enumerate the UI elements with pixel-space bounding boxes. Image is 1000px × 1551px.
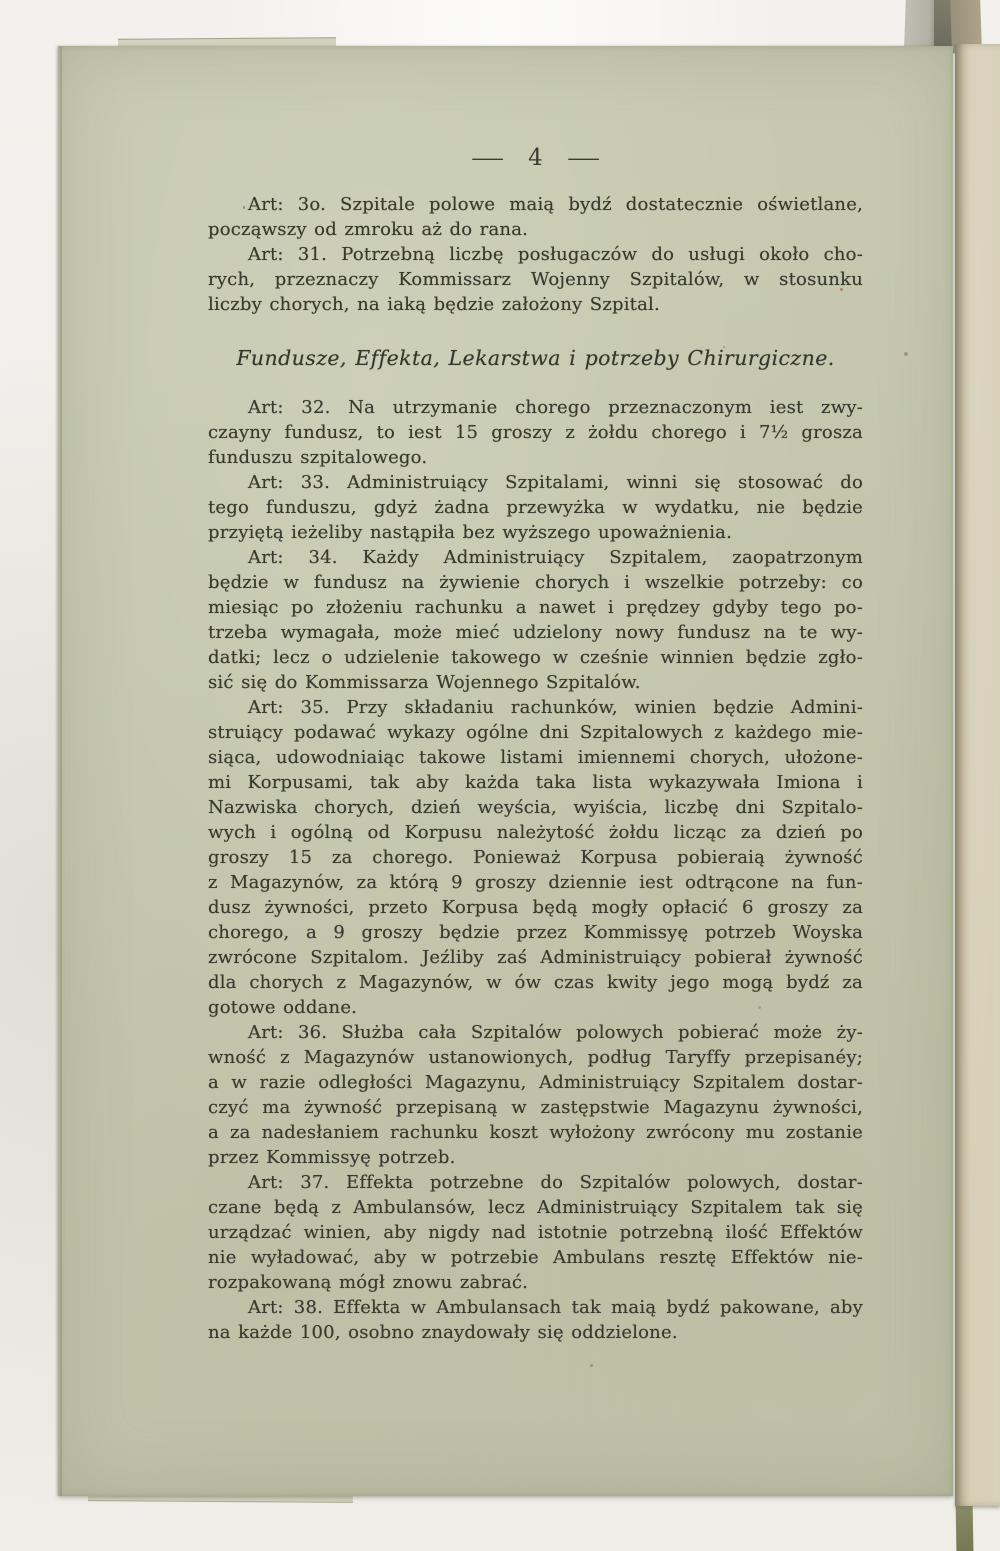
paper-speck	[478, 686, 480, 688]
text-line: Art: 32. Na utrzymanie chorego przeznacz…	[208, 395, 863, 420]
article-33: Art: 33. Administruiący Szpitalami, winn…	[208, 470, 863, 545]
text-line: urządzać winien, aby nigdy nad istotnie …	[208, 1220, 863, 1245]
text-line: czyć ma żywność przepisaną w zastępstwie…	[208, 1095, 863, 1120]
text-line: przez Kommissyę potrzeb.	[208, 1145, 863, 1170]
text-line: groszy 15 za chorego. Ponieważ Korpusa p…	[208, 845, 863, 870]
text-line: chorego, a 9 groszy będzie przez Kommiss…	[208, 920, 863, 945]
section-heading: Fundusze, Effekta, Lekarstwa i potrzeby …	[208, 343, 863, 373]
text-line: struiący podawać wykazy ogólne dni Szpit…	[208, 720, 863, 745]
text-line: siąca, udowodniaiąc takowe listami imien…	[208, 745, 863, 770]
article-32: Art: 32. Na utrzymanie chorego przeznacz…	[208, 395, 863, 470]
paper-speck	[723, 346, 725, 348]
page-number-value: 4	[528, 145, 543, 171]
foxing-spot	[238, 1246, 328, 1306]
text-line: zwrócone Szpitalom. Jeźliby zaś Administ…	[208, 945, 863, 970]
text-line: mi Korpusami, tak aby każda taka lista w…	[208, 770, 863, 795]
text-line: a w razie odległości Magazynu, Administr…	[208, 1070, 863, 1095]
text-line: Nazwiska chorych, dzień weyścia, wyiścia…	[208, 795, 863, 820]
page-number-dash-left: —	[471, 146, 505, 170]
paper-speck	[298, 1136, 300, 1138]
page-number: — 4 —	[208, 145, 863, 171]
paper-speck	[904, 352, 908, 356]
article-34: Art: 34. Każdy Administruiący Szpitalem,…	[208, 545, 863, 695]
text-line: dusz żywności, przeto Korpusa będą mogły…	[208, 895, 863, 920]
text-line: rych, przeznaczy Kommissarz Wojenny Szpi…	[208, 267, 863, 292]
text-line: tego funduszu, gdyż żadna przewyżka w wy…	[208, 495, 863, 520]
text-line: czayny fundusz, to iest 15 groszy z żołd…	[208, 420, 863, 445]
text-line: dla chorych z Magazynów, w ów czas kwity…	[208, 970, 863, 995]
text-line: Art: 37. Effekta potrzebne do Szpitalów …	[208, 1170, 863, 1195]
text-line: gotowe oddane.	[208, 995, 863, 1020]
text-line: wych i ogólną od Korpusu należytość żołd…	[208, 820, 863, 845]
paper-speck	[758, 1006, 761, 1009]
text-line: trzeba wymagała, może mieć udzielony now…	[208, 620, 863, 645]
page-number-dash-right: —	[567, 146, 601, 170]
paper-speck	[840, 288, 843, 291]
text-line: a za nadesłaniem rachunku koszt wyłożony…	[208, 1120, 863, 1145]
text-line: funduszu szpitalowego.	[208, 445, 863, 470]
text-line: sić się do Kommissarza Wojennego Szpital…	[208, 670, 863, 695]
article-38: Art: 38. Effekta w Ambulansach tak maią …	[208, 1295, 863, 1345]
article-35: Art: 35. Przy składaniu rachunków, winie…	[208, 695, 863, 1020]
article-36: Art: 36. Służba cała Szpitalów polowych …	[208, 1020, 863, 1170]
text-line: na każde 100, osobno znaydowały się oddz…	[208, 1320, 863, 1345]
book-scan: — 4 — Art: 3o. Szpitale polowe maią bydź…	[0, 0, 1000, 1551]
text-line: czane będą z Ambulansów, lecz Administru…	[208, 1195, 863, 1220]
foxing-spot	[698, 566, 768, 616]
text-line: Art: 34. Każdy Administruiący Szpitalem,…	[208, 545, 863, 570]
text-line: przyiętą ieżeliby nastąpiła bez wyższego…	[208, 520, 863, 545]
article-30: Art: 3o. Szpitale polowe maią bydź dosta…	[208, 192, 863, 242]
text-line: począwszy od zmroku aż do rana.	[208, 217, 863, 242]
page-edge-line	[60, 46, 62, 1496]
paper-speck	[590, 1364, 593, 1367]
text-line: liczby chorych, na iaką będzie założony …	[208, 292, 863, 317]
text-line: Art: 35. Przy składaniu rachunków, winie…	[208, 695, 863, 720]
adjacent-page-edge	[955, 44, 1000, 1506]
text-column: Art: 3o. Szpitale polowe maią bydź dosta…	[208, 192, 863, 1345]
paper-speck	[243, 206, 245, 209]
article-31: Art: 31. Potrzebną liczbę posługaczów do…	[208, 242, 863, 317]
text-line: Art: 31. Potrzebną liczbę posługaczów do…	[208, 242, 863, 267]
document-page: — 4 — Art: 3o. Szpitale polowe maią bydź…	[58, 46, 953, 1496]
text-line: z Magazynów, za którą 9 groszy dziennie …	[208, 870, 863, 895]
text-line: Art: 33. Administruiący Szpitalami, winn…	[208, 470, 863, 495]
text-line: wność z Magazynów ustanowionych, podług …	[208, 1045, 863, 1070]
text-line: Art: 3o. Szpitale polowe maią bydź dosta…	[208, 192, 863, 217]
text-line: Art: 36. Służba cała Szpitalów polowych …	[208, 1020, 863, 1045]
text-line: datki; lecz o udzielenie takowego w cześ…	[208, 645, 863, 670]
